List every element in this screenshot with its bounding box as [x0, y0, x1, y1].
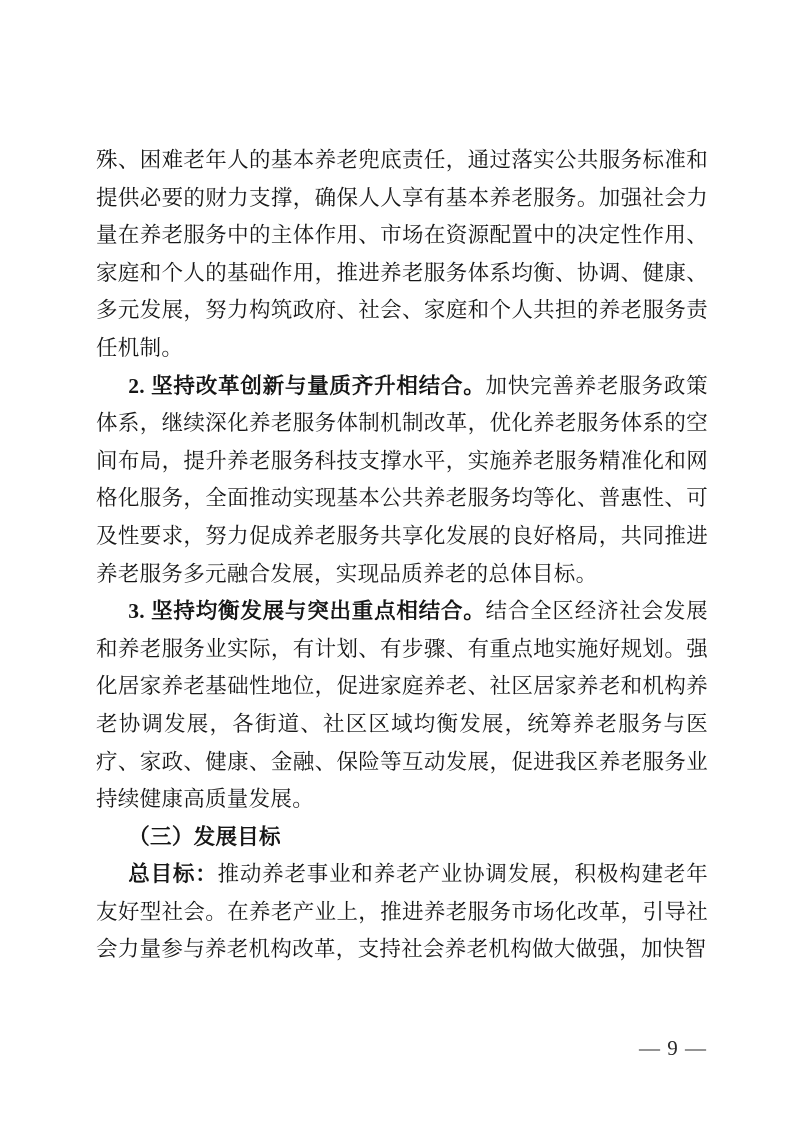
paragraph-text: 结合全区经济社会发展和养老服务业实际，有计划、有步骤、有重点地实施好规划。强化居…	[96, 599, 708, 811]
paragraph-bold-lead: 2. 坚持改革创新与量质齐升相结合。	[128, 374, 485, 398]
section-heading-text: （三）发展目标	[128, 825, 281, 849]
paragraph-text: 加快完善养老服务政策体系，继续深化养老服务体制机制改革，优化养老服务体系的空间布…	[96, 374, 708, 586]
paragraph-overall-goal: 总目标：推动养老事业和养老产业协调发展，积极构建老年友好型社会。在养老产业上，推…	[96, 856, 708, 969]
document-content: 殊、困难老年人的基本养老兜底责任，通过落实公共服务标准和提供必要的财力支撑，确保…	[96, 142, 708, 969]
paragraph-bold-lead: 3. 坚持均衡发展与突出重点相结合。	[128, 599, 485, 623]
paragraph-bold-lead: 总目标：	[128, 862, 217, 886]
page-number: — 9 —	[639, 1036, 707, 1060]
paragraph-text: 殊、困难老年人的基本养老兜底责任，通过落实公共服务标准和提供必要的财力支撑，确保…	[96, 148, 708, 360]
paragraph-continuation: 殊、困难老年人的基本养老兜底责任，通过落实公共服务标准和提供必要的财力支撑，确保…	[96, 142, 708, 368]
paragraph-point-2: 2. 坚持改革创新与量质齐升相结合。加快完善养老服务政策体系，继续深化养老服务体…	[96, 368, 708, 594]
paragraph-point-3: 3. 坚持均衡发展与突出重点相结合。结合全区经济社会发展和养老服务业实际，有计划…	[96, 593, 708, 819]
document-page: 殊、困难老年人的基本养老兜底责任，通过落实公共服务标准和提供必要的财力支撑，确保…	[0, 0, 793, 1122]
section-heading-development-goals: （三）发展目标	[96, 819, 708, 857]
